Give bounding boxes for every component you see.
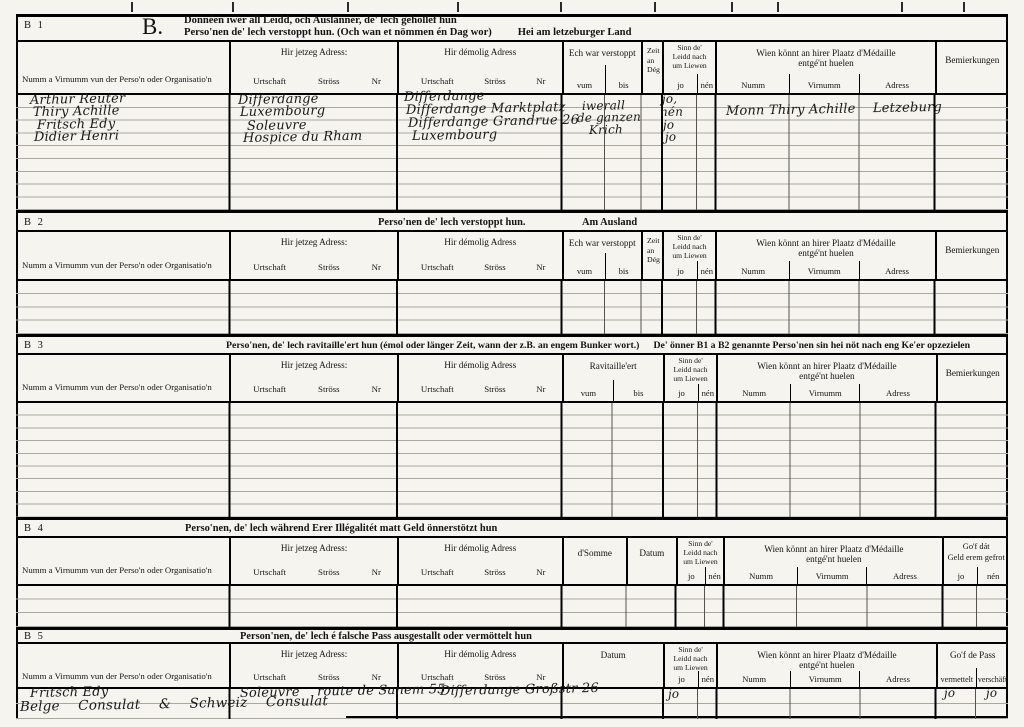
wien-sub: Numm Virnumm Adress: [725, 567, 942, 584]
jetzeg-sublabels: Urtschaft Ströss Nr: [231, 567, 397, 577]
col-name: Numm a Virnumm vun der Perso'n oder Orga…: [16, 232, 229, 279]
stross-label: Ströss: [484, 262, 506, 272]
nr-label: Nr: [536, 384, 545, 394]
b1-header-row: Numm a Virnumm vun der Perso'n oder Orga…: [16, 40, 1008, 95]
numm-label: Numm: [717, 74, 789, 93]
jetzeg-title: Hir jetzeg Adress:: [231, 644, 397, 659]
numm-label: Numm: [725, 567, 797, 584]
handwritten-liewen: jo: [665, 131, 677, 143]
col-name: Numm a Virnumm vun der Perso'n oder Orga…: [16, 644, 229, 687]
col-ravitailleert: Ravitaille'ert vum bis: [562, 355, 663, 401]
numm-label: Numm: [718, 671, 790, 687]
col-name-label: Numm a Virnumm vun der Perso'n oder Orga…: [22, 74, 212, 84]
tick-mark: [731, 2, 733, 12]
jetzeg-sublabels: Urtschaft Ströss Nr: [231, 384, 397, 394]
col-gof-geld: Go'f dát Geld erem gefrot jo nén: [942, 538, 1007, 584]
urtschaft-label: Urtschaft: [253, 384, 286, 394]
col-bemierkungen: Bemierkungen: [935, 42, 1008, 93]
bis-label: bis: [605, 65, 641, 93]
b3-body-grid: [16, 403, 1008, 517]
col-bemierkungen: Bemierkungen: [935, 232, 1008, 279]
nr-label: Nr: [536, 76, 545, 86]
wien-sub: Numm Virnumm Adress: [717, 74, 934, 93]
b1-title-line1: Donnéen iwer all Leidd, och Auslänner, d…: [184, 15, 631, 27]
col-medaille: Wien könnt an hirer Plaatz d'Médaille en…: [716, 355, 935, 401]
zeit-label: Zeit an Dég: [643, 232, 662, 265]
col-name-label: Numm a Virnumm vun der Perso'n oder Orga…: [22, 565, 212, 575]
gof-geld-l2: Geld erem gefrot: [944, 553, 1007, 564]
col-medaille: Wien könnt an hirer Plaatz d'Médaille en…: [715, 42, 934, 93]
adress-label: Adress: [859, 261, 935, 279]
col-verstoppt: Ech war verstoppt vum bis: [562, 232, 641, 279]
verstoppt-title: Ech war verstoppt: [564, 232, 641, 248]
sinn-l3: um Liewen: [664, 252, 716, 261]
wien-line2: entgé'nt huelen: [718, 371, 935, 381]
tick-mark: [232, 2, 234, 12]
tick-mark: [560, 2, 562, 12]
sinn-l3: um Liewen: [678, 558, 724, 567]
col-demolig-adress: Hir démolig Adress Urtschaft Ströss Nr: [397, 644, 562, 687]
tick-mark: [131, 2, 133, 12]
jetzeg-title: Hir jetzeg Adress:: [231, 42, 397, 57]
col-sinn-liewen: Sinn de' Leidd nach um Liewen jo nén: [663, 644, 717, 687]
datum-label: Datum: [628, 538, 676, 558]
b2-section-label: B 2: [24, 217, 45, 228]
jetzeg-title: Hir jetzeg Adress:: [231, 538, 397, 553]
col-demolig-adress: Hir démolig Adress Urtschaft Ströss Nr: [397, 232, 562, 279]
virnumm-label: Virnumm: [789, 74, 859, 93]
bemierkungen-label: Bemierkungen: [937, 42, 1008, 65]
jo-label: jo: [678, 567, 705, 584]
col-name: Numm a Virnumm vun der Perso'n oder Orga…: [16, 42, 229, 93]
handwritten-vermettelt: jo: [944, 687, 956, 699]
tick-mark: [777, 2, 779, 12]
col-datum: Datum: [626, 538, 676, 584]
col-verstoppt: Ech war verstoppt vum bis: [562, 42, 641, 93]
zeit-label: Zeit an Dég: [643, 42, 662, 75]
stross-label: Ströss: [318, 262, 340, 272]
urtschaft-label: Urtschaft: [253, 567, 286, 577]
tick-mark: [901, 2, 903, 12]
sinn-label: Sinn de' Leidd nach um Liewen: [665, 644, 717, 673]
b1-title-line2-text: Perso'nen de' lech verstoppt hun. (Och w…: [184, 27, 492, 38]
demolig-title: Hir démolig Adress: [399, 355, 562, 370]
handwritten-liewen: jo,: [662, 93, 678, 105]
stross-label: Ströss: [484, 672, 506, 682]
handwritten-liewen: nén: [660, 106, 683, 118]
virnumm-label: Virnumm: [797, 567, 867, 584]
vermettelt-label: vermettelt: [938, 668, 977, 687]
sinn-sub: jo nén: [664, 261, 716, 279]
wien-line2: entgé'nt huelen: [718, 660, 935, 670]
sinn-label: Sinn de' Leidd nach um Liewen: [664, 232, 716, 261]
zeit-l3: Dég: [647, 65, 662, 75]
bis-label: bis: [605, 253, 641, 279]
jetzeg-sublabels: Urtschaft Ströss Nr: [231, 262, 397, 272]
col-sinn-liewen: Sinn de' Leidd nach um Liewen jo nén: [662, 232, 716, 279]
sinn-l3: um Liewen: [664, 62, 716, 71]
somme-label: d'Somme: [564, 538, 626, 558]
wien-sub: Numm Virnumm Adress: [718, 384, 935, 401]
nen-label: nén: [977, 567, 1007, 584]
jo-label: jo: [664, 74, 698, 93]
adress-label: Adress: [866, 567, 942, 584]
tick-mark: [457, 2, 459, 12]
handwritten-jetzeg-adress: Soleuvre route de Sanem 55: [240, 684, 446, 700]
col-zeit: Zeit an Dég: [641, 42, 662, 93]
b1-title-line2: Perso'nen de' lech verstoppt hun. (Och w…: [184, 27, 631, 39]
demolig-title: Hir démolig Adress: [399, 42, 562, 57]
demolig-sublabels: Urtschaft Ströss Nr: [399, 76, 562, 86]
jo-label: jo: [664, 261, 698, 279]
urtschaft-label: Urtschaft: [421, 76, 454, 86]
sinn-label: Sinn de' Leidd nach um Liewen: [664, 42, 716, 71]
vum-label: vum: [564, 65, 606, 93]
jetzeg-sublabels: Urtschaft Ströss Nr: [231, 672, 397, 682]
nen-label: nén: [698, 671, 716, 687]
col-jetzeg-adress: Hir jetzeg Adress: Urtschaft Ströss Nr: [229, 355, 397, 401]
verstoppt-sub: vum bis: [564, 253, 641, 279]
gof-pass-sub: vermettelt verschäft: [938, 668, 1008, 687]
col-demolig-adress: Hir démolig Adress Urtschaft Ströss Nr: [397, 355, 562, 401]
gof-geld-label: Go'f dát Geld erem gefrot: [944, 538, 1007, 563]
wien-line1: Wien könnt an hirer Plaatz d'Médaille: [717, 42, 934, 58]
jetzeg-title: Hir jetzeg Adress:: [231, 355, 397, 370]
adress-label: Adress: [859, 74, 935, 93]
bemierkungen-label: Bemierkungen: [937, 232, 1008, 255]
virnumm-label: Virnumm: [790, 384, 860, 401]
sinn-sub: jo nén: [665, 384, 717, 401]
wien-line2: entgé'nt huelen: [717, 248, 934, 258]
b2-title-suffix: Am Ausland: [582, 217, 637, 228]
sinn-label: Sinn de' Leidd nach um Liewen: [678, 538, 724, 567]
wien-line2: entgé'nt huelen: [725, 554, 942, 564]
b1-section-label: B 1: [24, 20, 45, 31]
handwritten-demolig-adress: Luxembourg: [412, 129, 498, 143]
virnumm-label: Virnumm: [790, 671, 860, 687]
b3-title: Perso'nen, de' lech ravitaille'ert hun (…: [226, 340, 970, 351]
b4-body-grid: [16, 586, 1008, 627]
virnumm-label: Virnumm: [789, 261, 859, 279]
b3-header-row: Numm a Virnumm vun der Perso'n oder Orga…: [16, 353, 1008, 403]
zeit-l2: an: [647, 246, 662, 256]
nen-label: nén: [697, 261, 715, 279]
urtschaft-label: Urtschaft: [421, 567, 454, 577]
wien-line1: Wien könnt an hirer Plaatz d'Médaille: [718, 644, 935, 660]
jetzeg-sublabels: Urtschaft Ströss Nr: [231, 76, 397, 86]
form-letter: B.: [142, 14, 163, 40]
nr-label: Nr: [372, 76, 381, 86]
col-demolig-adress: Hir démolig Adress Urtschaft Ströss Nr: [397, 538, 562, 584]
b1-title-band: B 1 B. Donnéen iwer all Leidd, och Auslä…: [16, 14, 1008, 40]
b4-header-row: Numm a Virnumm vun der Perso'n oder Orga…: [16, 536, 1008, 586]
jo-label: jo: [665, 671, 699, 687]
vum-label: vum: [564, 380, 614, 401]
b3-title-part1: Perso'nen, de' lech ravitaille'ert hun (…: [226, 340, 639, 351]
handwritten-verstoppt-note: Krich: [589, 123, 623, 136]
b5-title: Person'nen, de' lech é falsche Pass ausg…: [240, 631, 532, 642]
stross-label: Ströss: [484, 76, 506, 86]
b3-title-part2: De' önner B1 a B2 genannte Perso'nen sin…: [653, 340, 970, 351]
col-jetzeg-adress: Hir jetzeg Adress: Urtschaft Ströss Nr: [229, 538, 397, 584]
demolig-sublabels: Urtschaft Ströss Nr: [399, 384, 562, 394]
handwritten-verschaft: jo: [986, 687, 998, 699]
b3-section-label: B 3: [24, 340, 45, 351]
handwritten-liewen: jo: [668, 688, 680, 700]
demolig-sublabels: Urtschaft Ströss Nr: [399, 262, 562, 272]
urtschaft-label: Urtschaft: [253, 672, 286, 682]
zeit-l3: Dég: [647, 255, 662, 265]
col-demolig-adress: Hir démolig Adress Urtschaft Ströss Nr: [397, 42, 562, 93]
demolig-title: Hir démolig Adress: [399, 538, 562, 553]
wien-line1: Wien könnt an hirer Plaatz d'Médaille: [717, 232, 934, 248]
adress-label: Adress: [859, 671, 935, 687]
nr-label: Nr: [536, 567, 545, 577]
tick-mark: [963, 2, 965, 12]
demolig-title: Hir démolig Adress: [399, 232, 562, 247]
stross-label: Ströss: [318, 567, 340, 577]
b4-title: Perso'nen, de' lech während Erer Illégal…: [185, 523, 497, 534]
vum-label: vum: [564, 253, 606, 279]
sinn-label: Sinn de' Leidd nach um Liewen: [665, 355, 717, 384]
tick-mark: [654, 2, 656, 12]
jo-label: jo: [944, 567, 977, 584]
urtschaft-label: Urtschaft: [253, 76, 286, 86]
nen-label: nén: [705, 567, 723, 584]
col-zeit: Zeit an Dég: [641, 232, 662, 279]
verschaft-label: verschäft: [976, 668, 1008, 687]
bis-label: bis: [613, 380, 663, 401]
ravitailleert-title: Ravitaille'ert: [564, 355, 663, 371]
b5-section-label: B 5: [24, 631, 45, 642]
demolig-title: Hir démolig Adress: [399, 644, 562, 659]
col-medaille: Wien könnt an hirer Plaatz d'Médaille en…: [715, 232, 934, 279]
handwritten-jetzeg-adress: Hospice du Rham: [243, 131, 363, 145]
handwritten-demolig-adress: Differdange Großstr 26: [440, 683, 599, 698]
handwritten-jetzeg-adress: Luxembourg: [240, 105, 326, 119]
col-sinn-liewen: Sinn de' Leidd nach um Liewen jo nén: [662, 42, 716, 93]
nr-label: Nr: [536, 672, 545, 682]
nr-label: Nr: [536, 262, 545, 272]
bemierkungen-label: Bemierkungen: [938, 355, 1008, 378]
numm-label: Numm: [717, 261, 789, 279]
nen-label: nén: [697, 74, 715, 93]
col-bemierkungen: Bemierkungen: [936, 355, 1008, 401]
form-frame: B 1 B. Donnéen iwer all Leidd, och Auslä…: [16, 14, 1008, 727]
col-name-label: Numm a Virnumm vun der Perso'n oder Orga…: [22, 260, 212, 270]
stross-label: Ströss: [484, 567, 506, 577]
urtschaft-label: Urtschaft: [421, 262, 454, 272]
col-jetzeg-adress: Hir jetzeg Adress: Urtschaft Ströss Nr: [229, 42, 397, 93]
b1-title-suffix: Hei am letzeburger Land: [518, 27, 632, 38]
b4-title-band: B 4 Perso'nen, de' lech während Erer Ill…: [16, 517, 1008, 536]
b2-body-grid: [16, 281, 1008, 334]
wien-line2: entgé'nt huelen: [717, 58, 934, 68]
b2-title: Perso'nen de' lech verstoppt hun.: [378, 217, 526, 228]
urtschaft-label: Urtschaft: [421, 672, 454, 682]
col-medaille: Wien könnt an hirer Plaatz d'Médaille en…: [723, 538, 942, 584]
wien-sub: Numm Virnumm Adress: [717, 261, 934, 279]
adress-label: Adress: [859, 384, 935, 401]
col-medaille: Wien könnt an hirer Plaatz d'Médaille en…: [716, 644, 935, 687]
gof-geld-sub: jo nén: [944, 567, 1007, 584]
stross-label: Ströss: [318, 384, 340, 394]
verstoppt-title: Ech war verstoppt: [564, 42, 641, 58]
col-name-label: Numm a Virnumm vun der Perso'n oder Orga…: [22, 671, 212, 681]
demolig-sublabels: Urtschaft Ströss Nr: [399, 567, 562, 577]
wien-line1: Wien könnt an hirer Plaatz d'Médaille: [718, 355, 935, 371]
gof-pass-label: Go'f de Pass: [938, 644, 1008, 660]
handwritten-name: Didier Henri: [34, 130, 119, 144]
jo-label: jo: [665, 384, 699, 401]
col-name: Numm a Virnumm vun der Perso'n oder Orga…: [16, 355, 229, 401]
tick-mark: [347, 2, 349, 12]
stross-label: Ströss: [318, 672, 340, 682]
wien-sub: Numm Virnumm Adress: [718, 671, 935, 687]
stross-label: Ströss: [484, 384, 506, 394]
b1-title: Donnéen iwer all Leidd, och Auslänner, d…: [184, 15, 631, 39]
col-jetzeg-adress: Hir jetzeg Adress: Urtschaft Ströss Nr: [229, 644, 397, 687]
col-sinn-liewen: Sinn de' Leidd nach um Liewen jo nén: [676, 538, 724, 584]
numm-label: Numm: [718, 384, 790, 401]
b2-title-band: B 2 Perso'nen de' lech verstoppt hun. Am…: [16, 210, 1008, 230]
zeit-l1: Zeit: [647, 236, 662, 246]
nen-label: nén: [698, 384, 716, 401]
zeit-l1: Zeit: [647, 46, 662, 56]
nr-label: Nr: [372, 567, 381, 577]
wien-line1: Wien könnt an hirer Plaatz d'Médaille: [725, 538, 942, 554]
col-name: Numm a Virnumm vun der Perso'n oder Orga…: [16, 538, 229, 584]
nr-label: Nr: [372, 262, 381, 272]
nr-label: Nr: [372, 672, 381, 682]
b4-section-label: B 4: [24, 523, 45, 534]
sinn-sub: jo nén: [678, 567, 724, 584]
scanned-form-sheet: B 1 B. Donnéen iwer all Leidd, och Auslä…: [0, 0, 1024, 727]
zeit-l2: an: [647, 56, 662, 66]
b2-header-row: Numm a Virnumm vun der Perso'n oder Orga…: [16, 230, 1008, 281]
datum-label: Datum: [564, 644, 663, 660]
urtschaft-label: Urtschaft: [421, 384, 454, 394]
b5-title-band: B 5 Person'nen, de' lech é falsche Pass …: [16, 627, 1008, 642]
col-sinn-liewen: Sinn de' Leidd nach um Liewen jo nén: [663, 355, 717, 401]
gof-geld-l1: Go'f dát: [944, 542, 1007, 553]
sinn-l3: um Liewen: [665, 375, 717, 384]
nr-label: Nr: [372, 384, 381, 394]
col-jetzeg-adress: Hir jetzeg Adress: Urtschaft Ströss Nr: [229, 232, 397, 279]
ravitailleert-sub: vum bis: [564, 380, 663, 401]
urtschaft-label: Urtschaft: [253, 262, 286, 272]
b3-title-band: B 3 Perso'nen, de' lech ravitaille'ert h…: [16, 334, 1008, 353]
col-gof-pass: Go'f de Pass vermettelt verschäft: [936, 644, 1008, 687]
sinn-sub: jo nén: [664, 74, 716, 93]
verstoppt-sub: vum bis: [564, 65, 641, 93]
stross-label: Ströss: [318, 76, 340, 86]
col-somme: d'Somme: [562, 538, 626, 584]
col-name-label: Numm a Virnumm vun der Perso'n oder Orga…: [22, 382, 212, 392]
demolig-sublabels: Urtschaft Ströss Nr: [399, 672, 562, 682]
jetzeg-title: Hir jetzeg Adress:: [231, 232, 397, 247]
sinn-sub: jo nén: [665, 671, 717, 687]
